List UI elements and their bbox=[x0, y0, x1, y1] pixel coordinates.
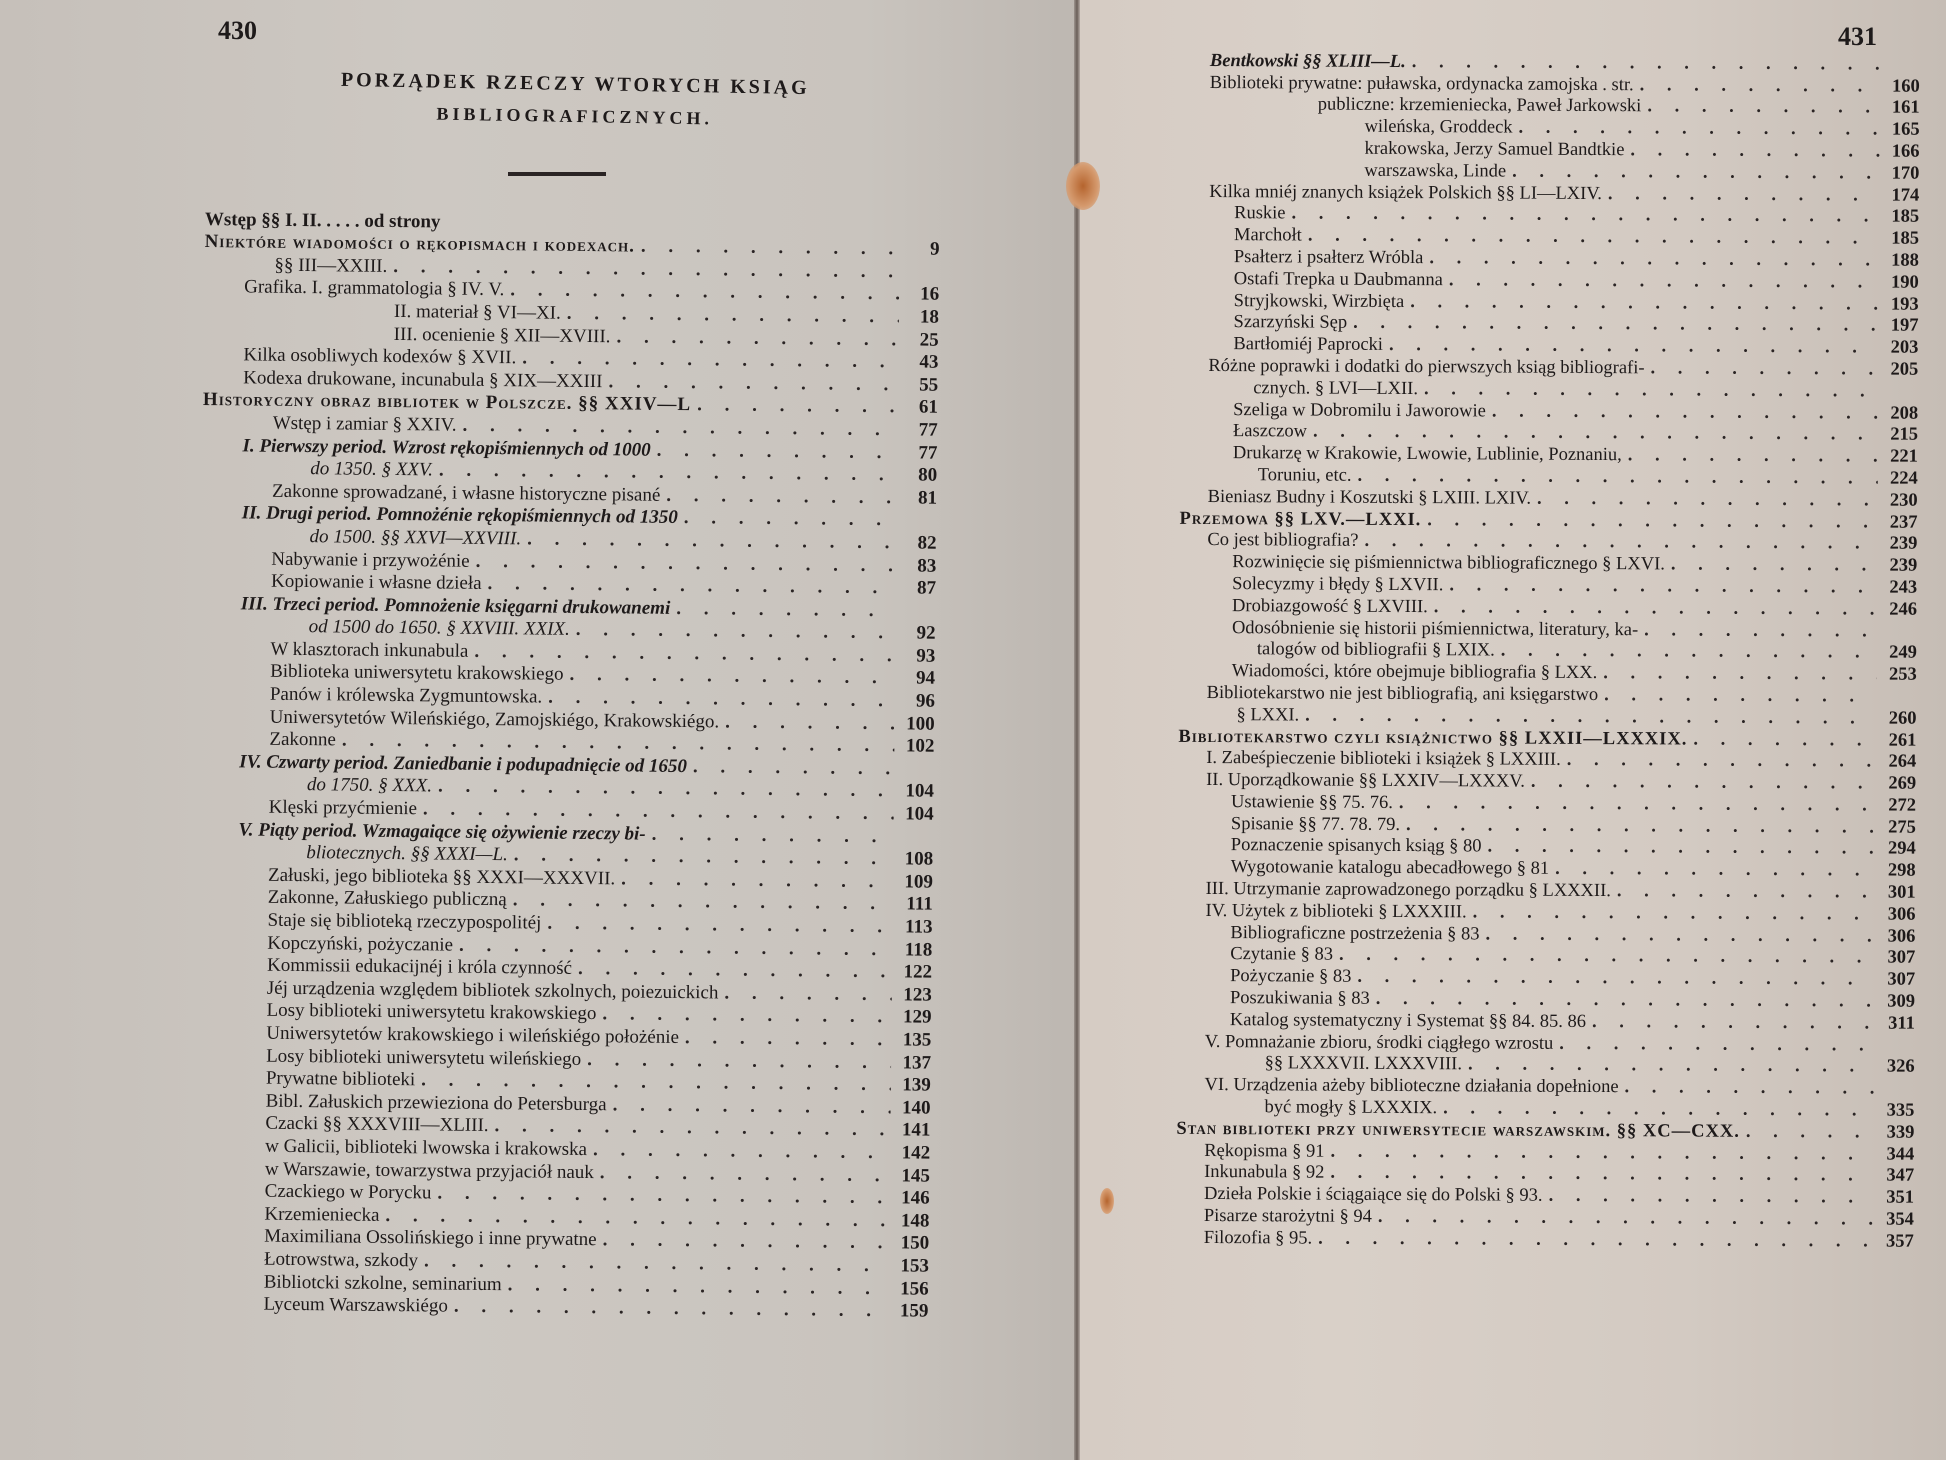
toc-entry: Filozofia § 95.357 bbox=[1204, 1227, 1914, 1253]
page-title: PORZĄDEK RZECZY WTORYCH KSIĄG BIBLIOGRAF… bbox=[294, 63, 855, 137]
book-gutter bbox=[1074, 0, 1080, 1460]
toc-right: Bentkowski §§ XLIII—L. Biblioteki prywat… bbox=[1204, 50, 1920, 1253]
page-number-left: 430 bbox=[218, 16, 257, 46]
toc-entry: Biblioteki prywatne: puławska, ordynacka… bbox=[1210, 72, 1920, 98]
page-number-right: 431 bbox=[1838, 22, 1877, 52]
toc-left: Wstęp §§ I. II. . . . . od strony Niektó… bbox=[193, 208, 940, 1323]
rust-stain-bottom bbox=[1100, 1188, 1114, 1214]
title-divider bbox=[508, 172, 606, 176]
rust-stain-top bbox=[1066, 162, 1100, 210]
left-page: 430 PORZĄDEK RZECZY WTORYCH KSIĄG BIBLIO… bbox=[0, 0, 1078, 1460]
